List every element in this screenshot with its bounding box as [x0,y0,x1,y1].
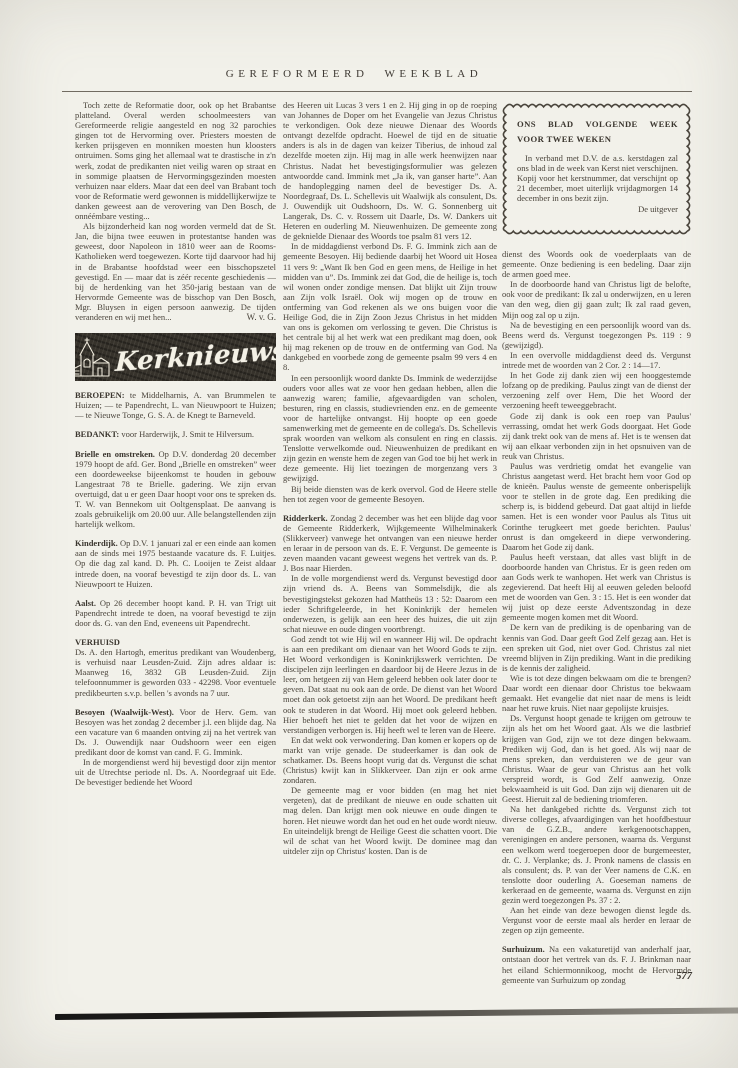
wavy-border [502,100,691,238]
page-number: 577 [660,971,692,982]
article-paragraph: In de morgendienst werd hij bevestigd do… [75,757,276,787]
column-left: Toch zette de Reformatie door, ook op he… [75,100,276,1015]
news-item: BEROEPEN: te Middelharnis, A. van Brumme… [75,390,276,420]
column-right: ONS BLAD VOLGENDE WEEK VOOR TWEE WEKEN I… [502,100,691,1015]
article-paragraph: Na het dankgebed richtte ds. Vergunst zi… [502,804,691,905]
article-paragraph: Paulus was verdrietig omdat het evangeli… [502,461,691,552]
kerknieuws-logo-text: Kerknieuws [115,346,276,368]
kerknieuws-banner: Kerknieuws [75,333,276,381]
news-item: Besoyen (Waalwijk-West). Voor de Herv. G… [75,707,276,757]
news-item: Brielle en omstreken. Op D.V. donderdag … [75,449,276,530]
news-item: Kinderdijk. Op D.V. 1 januari zal er een… [75,538,276,588]
news-item: Ridderkerk. Zondag 2 december was het ee… [283,513,497,574]
article-paragraph: Aan het einde van deze bewogen dienst le… [502,905,691,935]
article-paragraph: Paulus heeft verstaan, dat alles vast bl… [502,552,691,623]
article-paragraph: Ds. Vergunst hoopt genade te krijgen om … [502,713,691,804]
article-paragraph: des Heeren uit Lucas 3 vers 1 en 2. Hij … [283,100,497,241]
publisher-notice-box: ONS BLAD VOLGENDE WEEK VOOR TWEE WEKEN I… [502,100,691,238]
article-paragraph: In een persoonlijk woord dankte Ds. Immi… [283,373,497,484]
article-paragraph: Als bijzonderheid kan nog worden vermeld… [75,221,276,322]
article-paragraph: In een overvolle middagdienst deed ds. V… [502,350,691,370]
article-paragraph: Gode zij dank is ook een roep van Paulus… [502,411,691,461]
article-paragraph: dienst des Woords ook de voederplaats va… [502,249,691,279]
masthead-title: GEREFORMEERD WEEKBLAD [0,68,708,80]
masthead-rule [62,91,692,92]
article-paragraph: God zendt tot wie Hij wil en wanneer Hij… [283,634,497,735]
article-paragraph: In de doorboorde hand van Christus ligt … [502,279,691,319]
column-middle: des Heeren uit Lucas 3 vers 1 en 2. Hij … [283,100,497,1020]
article-paragraph: De gemeente mag er voor bidden (en mag h… [283,785,497,856]
news-item: Ds. A. den Hartogh, emeritus predikant v… [75,647,276,697]
article-paragraph: In de middagdienst verbond Ds. F. G. Imm… [283,241,497,372]
article-paragraph: Toch zette de Reformatie door, ook op he… [75,100,276,221]
article-paragraph: En dat wekt ook verwondering. Dan komen … [283,735,497,785]
church-icon [75,335,113,379]
section-heading: VERHUISD [75,637,276,647]
news-item: Aalst. Op 26 december hoopt kand. P. H. … [75,598,276,628]
article-paragraph: Na de bevestiging en een persoonlijk woo… [502,320,691,350]
article-paragraph: Wie is tot deze dingen bekwaam om die te… [502,673,691,713]
article-paragraph: Bij beide diensten was de kerk overvol. … [283,484,497,504]
article-paragraph: In de volle morgendienst werd ds. Vergun… [283,573,497,634]
article-paragraph: In het Gode zij dank zien wij een hoogge… [502,370,691,410]
news-item: BEDANKT: voor Harderwijk, J. Smit te Hil… [75,429,276,439]
article-paragraph: De kern van de prediking is de openbarin… [502,622,691,672]
newspaper-page: GEREFORMEERD WEEKBLAD Toch zette de Refo… [0,0,738,1068]
